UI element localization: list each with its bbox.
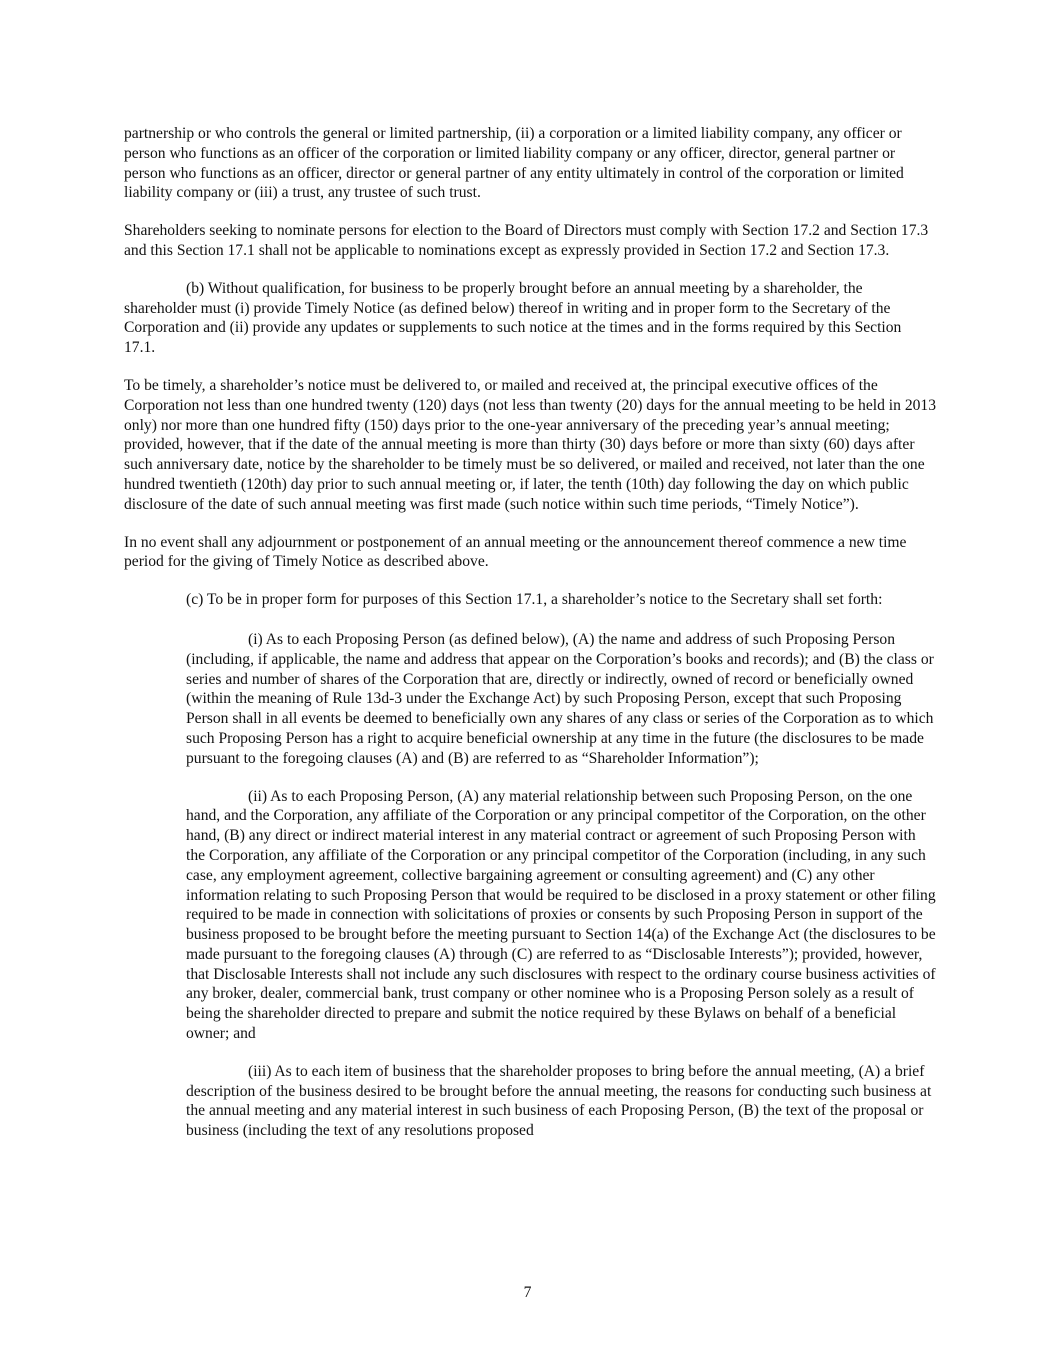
page-body: partnership or who controls the general … bbox=[124, 124, 936, 1141]
paragraph-c-i-shareholder-information: (i) As to each Proposing Person (as defi… bbox=[186, 630, 936, 769]
paragraph-c-proper-form: (c) To be in proper form for purposes of… bbox=[124, 590, 936, 610]
paragraph-c-ii-disclosable-interests: (ii) As to each Proposing Person, (A) an… bbox=[186, 787, 936, 1044]
page-number: 7 bbox=[0, 1283, 1055, 1303]
paragraph-nomination-reference: Shareholders seeking to nominate persons… bbox=[124, 221, 936, 261]
paragraph-adjournment: In no event shall any adjournment or pos… bbox=[124, 533, 936, 573]
paragraph-entity-definition-continued: partnership or who controls the general … bbox=[124, 124, 936, 203]
paragraph-b-timely-notice-requirement: (b) Without qualification, for business … bbox=[124, 279, 936, 358]
document-page: partnership or who controls the general … bbox=[0, 0, 1055, 1365]
paragraph-timeliness-window: To be timely, a shareholder’s notice mus… bbox=[124, 376, 936, 515]
paragraph-c-iii-business-items: (iii) As to each item of business that t… bbox=[186, 1062, 936, 1141]
